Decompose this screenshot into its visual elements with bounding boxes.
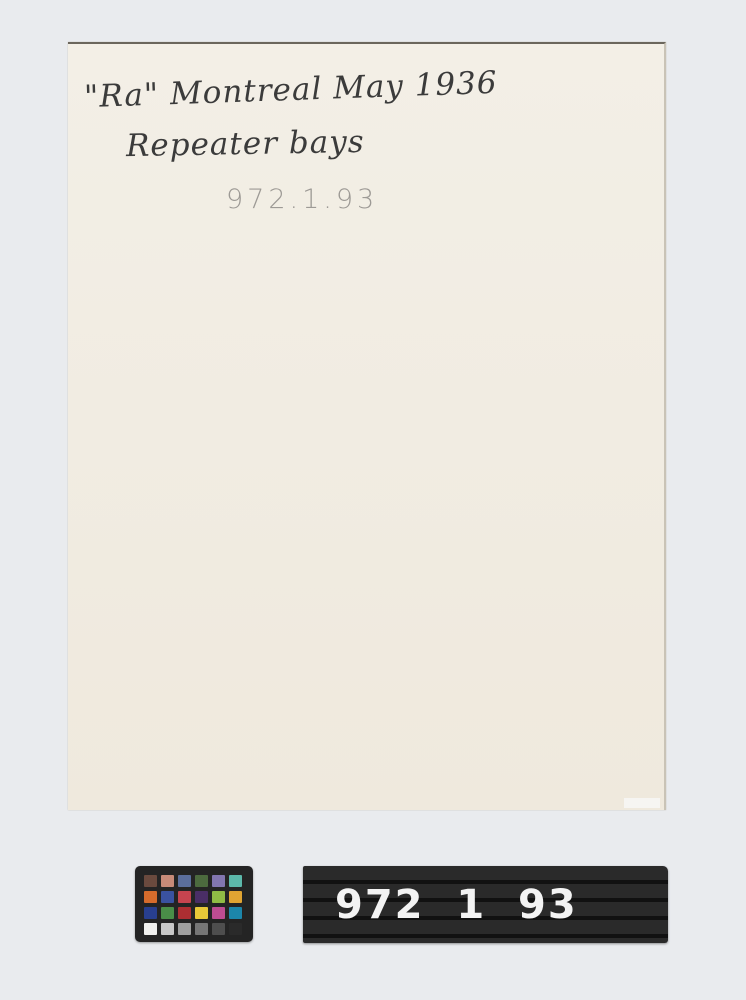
corner-tab (624, 798, 660, 808)
photo-verso-page: "Ra" Montreal May 1936 Repeater bays 972… (68, 42, 666, 810)
color-swatch (144, 875, 157, 887)
color-swatch (178, 875, 191, 887)
color-swatch (178, 891, 191, 903)
color-swatch (195, 875, 208, 887)
catalog-label-text: 972 1 93 (335, 884, 578, 926)
handwritten-caption-line-1: "Ra" Montreal May 1936 (83, 65, 498, 115)
color-swatch (195, 891, 208, 903)
color-swatch (161, 875, 174, 887)
color-swatch (195, 923, 208, 935)
color-swatch (161, 923, 174, 935)
color-swatch (229, 891, 242, 903)
color-swatch (229, 907, 242, 919)
color-swatch (229, 875, 242, 887)
color-swatch (212, 875, 225, 887)
color-swatch (212, 907, 225, 919)
color-swatch (229, 923, 242, 935)
color-swatch (212, 923, 225, 935)
catalog-label-board: 972 1 93 (303, 866, 668, 943)
color-swatch (161, 891, 174, 903)
color-swatch (178, 923, 191, 935)
color-swatch (161, 907, 174, 919)
color-checker-card (135, 866, 253, 942)
color-swatch (144, 891, 157, 903)
color-swatch (144, 923, 157, 935)
handwritten-caption-line-2: Repeater bays (126, 124, 365, 164)
color-swatch-grid (144, 875, 242, 935)
color-swatch (144, 907, 157, 919)
color-swatch (212, 891, 225, 903)
color-swatch (178, 907, 191, 919)
pencil-catalog-number: 972.1.93 (226, 184, 378, 215)
color-swatch (195, 907, 208, 919)
